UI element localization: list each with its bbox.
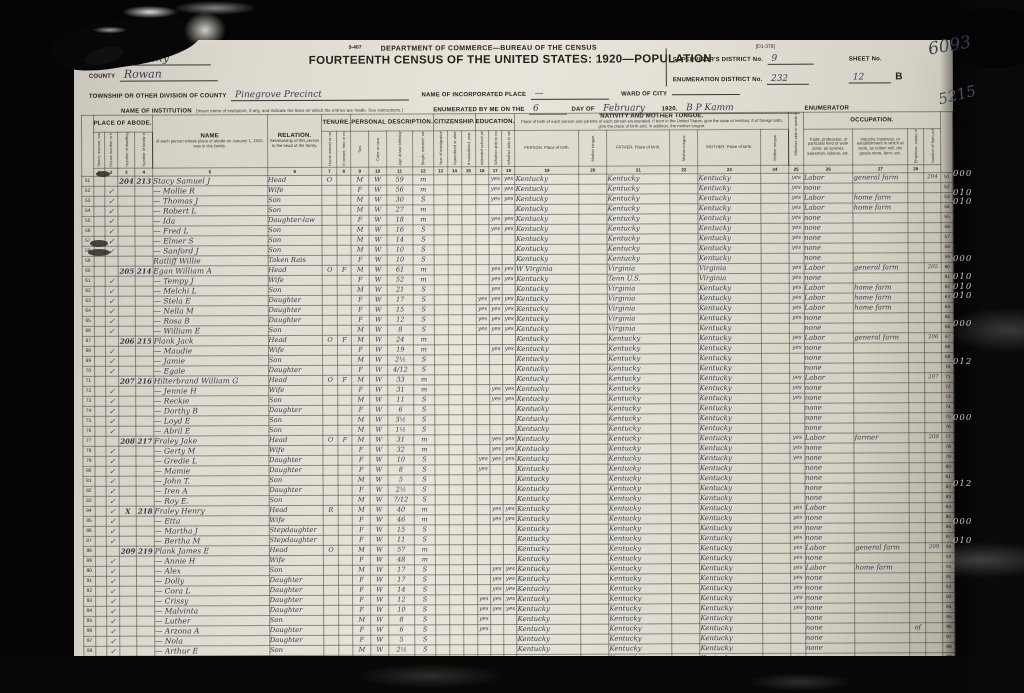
cell-mb: Kentucky [699, 443, 762, 453]
cell-c1 [94, 416, 105, 426]
cell-mt1 [580, 514, 608, 524]
cell-mb: Virginia [698, 273, 761, 283]
cell-fam [137, 576, 154, 586]
cell-c1 [95, 616, 106, 626]
cell-occ: none [805, 623, 855, 633]
cell-age: 61 [387, 265, 413, 275]
cell-eng [790, 463, 804, 473]
cell-c1 [94, 316, 105, 326]
cell-mt1 [581, 634, 609, 644]
cell-sch [477, 564, 490, 574]
cell-mr: S [413, 364, 434, 374]
cell-farm [924, 252, 941, 262]
cell-rel: Son [268, 225, 323, 235]
cell-mr: m [414, 434, 435, 444]
cell-x1 [434, 224, 448, 234]
cell-eng: yes [791, 543, 805, 553]
cell-farm [924, 222, 941, 232]
cell-fam [136, 476, 153, 486]
cell-mt1 [580, 374, 608, 384]
cell-pb: Kentucky [516, 254, 580, 264]
cell-cl: W [369, 205, 387, 215]
cell-sch [477, 574, 490, 584]
cell-name: — Tempy J [153, 275, 268, 286]
cell-age: 31 [388, 385, 414, 395]
cell-occ: none [805, 473, 855, 483]
cell-fb: Kentucky [608, 413, 671, 423]
cell-o [324, 525, 338, 535]
cell-wr [503, 494, 516, 504]
cell-eng: yes [790, 393, 804, 403]
line-number: 98 [84, 646, 96, 656]
cell-x1 [435, 414, 449, 424]
cell-x3 [463, 534, 477, 544]
cell-sch [477, 544, 490, 554]
cell-sx: M [351, 205, 369, 215]
cell-o [324, 645, 338, 655]
cell-mt3 [762, 373, 790, 383]
cell-fam [137, 536, 154, 546]
cell-x2 [450, 624, 464, 634]
cell-sx: M [352, 475, 370, 485]
cell-mt2 [670, 203, 698, 213]
cell-name: — Abril E [154, 425, 269, 436]
cell-f [337, 305, 351, 315]
cell-ind [855, 502, 910, 512]
cell-occ: none [804, 383, 854, 393]
cell-rel: Son [269, 645, 324, 655]
cell-f [337, 225, 351, 235]
cell-fam [135, 236, 152, 246]
cell-f [338, 525, 352, 535]
cell-sx: M [351, 235, 369, 245]
cell-mr: S [413, 304, 434, 314]
cell-pb: Kentucky [517, 564, 581, 574]
cell-fam [136, 356, 153, 366]
cell-c1 [94, 276, 105, 286]
cell-x2 [449, 514, 463, 524]
cell-dw [119, 526, 136, 536]
cell-x2 [449, 454, 463, 464]
cell-o [322, 215, 336, 225]
cell-age: 31 [388, 435, 414, 445]
cell-age: 17 [387, 295, 413, 305]
cell-fam [135, 186, 152, 196]
cell-name: — Arzona A [154, 625, 269, 636]
cell-occ: none [804, 403, 854, 413]
cell-x2 [448, 324, 462, 334]
cell-cl: W [370, 525, 388, 535]
cell-mb: Kentucky [699, 463, 762, 473]
cell-dw [119, 456, 136, 466]
cell-x2 [448, 294, 462, 304]
cell-o [322, 225, 336, 235]
cell-mb: Kentucky [699, 433, 762, 443]
cell-chk: ✓ [106, 486, 119, 496]
cell-mt2 [672, 553, 700, 563]
cell-f [337, 345, 351, 355]
cell-emp [910, 642, 926, 652]
cell-sch: yes [476, 294, 489, 304]
cell-x2 [448, 244, 462, 254]
cell-emp [909, 402, 925, 412]
cell-wr [502, 254, 515, 264]
cell-fam [137, 616, 154, 626]
cell-rd: yes [490, 384, 503, 394]
cell-mt2 [670, 283, 698, 293]
cell-fb: Kentucky [609, 543, 672, 553]
cell-cl: W [369, 195, 387, 205]
col-number: 12 [413, 167, 434, 175]
cell-mt2 [670, 243, 698, 253]
cell-sch [476, 344, 489, 354]
cell-sch [477, 494, 490, 504]
subheader-mr: Single, married, widowed, or divorced. [412, 131, 433, 167]
cell-mr: S [413, 254, 434, 264]
cell-c1 [94, 266, 105, 276]
cell-c1 [95, 636, 106, 646]
cell-sx: M [352, 505, 370, 515]
cell-emp [909, 522, 925, 532]
cell-mr: S [415, 634, 436, 644]
cell-o: O [323, 265, 337, 275]
cell-fb: Kentucky [609, 593, 672, 603]
cell-ind [855, 602, 910, 612]
line-number: 95 [84, 616, 96, 626]
cell-rel: Son [268, 425, 323, 435]
cell-occ: Labor [804, 283, 854, 293]
cell-emp [909, 482, 925, 492]
cell-chk: ✓ [106, 456, 119, 466]
cell-rd: yes [489, 284, 502, 294]
cell-rel: Daughter [269, 575, 324, 585]
cell-x3 [461, 174, 475, 184]
cell-f [337, 325, 351, 335]
cell-x1 [434, 324, 448, 334]
cell-x1 [435, 474, 449, 484]
cell-mb: Kentucky [700, 573, 763, 583]
cell-mt2 [671, 373, 699, 383]
cell-fam [136, 296, 153, 306]
cell-c1 [94, 356, 105, 366]
cell-x1 [434, 284, 448, 294]
cell-sx: F [352, 465, 370, 475]
cell-sch [476, 334, 489, 344]
cell-mt2 [672, 643, 700, 653]
cell-rel: Daughter [268, 365, 323, 375]
cell-f [338, 565, 352, 575]
cell-x1 [434, 214, 448, 224]
cell-eng: yes [790, 333, 804, 343]
cell-fb: Kentucky [608, 393, 671, 403]
cell-ind: home farm [854, 292, 909, 302]
cell-pb: Kentucky [517, 644, 581, 654]
cell-mt3 [762, 533, 790, 543]
cell-wr [503, 414, 516, 424]
cell-mt2 [671, 453, 699, 463]
cell-pb: Kentucky [517, 604, 581, 614]
cell-fb: Kentucky [607, 223, 670, 233]
cell-x3 [461, 184, 475, 194]
cell-mt2 [671, 333, 699, 343]
cell-f [337, 365, 351, 375]
cell-eng: yes [790, 313, 804, 323]
cell-sch [477, 584, 490, 594]
cell-name: — Nola [154, 635, 269, 646]
cell-occ: Labor [803, 173, 853, 183]
cell-dw [118, 226, 135, 236]
cell-ind [855, 512, 910, 522]
cell-pb: Kentucky [517, 614, 581, 624]
cell-occ: none [804, 253, 854, 263]
cell-x3 [462, 204, 476, 214]
subheader-fb: FATHER. Place of birth. [607, 129, 670, 165]
cell-sch: yes [477, 594, 490, 604]
cell-occ: Labor [804, 433, 854, 443]
cell-x2 [448, 354, 462, 364]
cell-mr: m [414, 444, 435, 454]
tenure-group-header: TENURE. [322, 114, 351, 131]
cell-o [323, 315, 337, 325]
cell-emp [908, 362, 924, 372]
cell-ind [853, 182, 908, 192]
cell-wr: yes [503, 384, 516, 394]
ink-smudge-3 [96, 171, 110, 177]
cell-mt1 [580, 494, 608, 504]
cell-mb: Kentucky [699, 293, 762, 303]
cell-sx: F [352, 515, 370, 525]
cell-dw [119, 536, 136, 546]
cell-cl: W [369, 295, 387, 305]
cell-mt1 [579, 204, 607, 214]
cell-occ: none [805, 463, 855, 473]
line-number: 76 [83, 426, 95, 436]
cell-mt2 [671, 393, 699, 403]
col-number: 8 [337, 167, 351, 175]
cell-sx: M [352, 425, 370, 435]
cell-name: — Iren A [154, 485, 269, 496]
cell-sx: M [353, 565, 371, 575]
cell-sch [476, 394, 489, 404]
cell-sx: F [351, 185, 369, 195]
cell-mt3 [762, 393, 790, 403]
cell-age: 11 [388, 395, 414, 405]
cell-x3 [462, 294, 476, 304]
cell-sch: yes [476, 324, 489, 334]
cell-age: 30 [387, 195, 413, 205]
cell-x1 [435, 514, 449, 524]
cell-farm: 204 [924, 172, 941, 182]
cell-x2 [449, 584, 463, 594]
cell-fb: Kentucky [608, 453, 671, 463]
cell-sx: M [352, 495, 370, 505]
sheet-label: SHEET No. [849, 56, 882, 62]
cell-rd [491, 634, 504, 644]
cell-cl: W [370, 455, 388, 465]
cell-farm [924, 202, 941, 212]
cell-pb: W Virginia [516, 264, 580, 274]
cell-cl: W [371, 605, 389, 615]
cell-mt2 [672, 583, 700, 593]
cell-fam [136, 396, 153, 406]
cell-emp [909, 572, 925, 582]
cell-chk: ✓ [106, 416, 119, 426]
cell-fam [137, 646, 154, 656]
cell-x1 [434, 174, 448, 184]
cell-rd: yes [489, 224, 502, 234]
cell-fb: Kentucky [607, 173, 670, 183]
cell-chk: ✓ [105, 186, 118, 196]
cell-chk [106, 546, 119, 556]
cell-sx: M [352, 395, 370, 405]
cell-wr [504, 614, 517, 624]
cell-cl: W [369, 265, 387, 275]
cell-x1 [435, 444, 449, 454]
cell-sch [476, 374, 489, 384]
cell-cl: W [369, 305, 387, 315]
cell-sch [477, 474, 490, 484]
cell-cl: W [370, 375, 388, 385]
cell-fb: Kentucky [607, 233, 670, 243]
cell-f [338, 595, 352, 605]
cell-f [337, 185, 351, 195]
cell-fam [137, 556, 154, 566]
cell-occ: Labor [803, 203, 853, 213]
cell-x1 [435, 564, 449, 574]
cell-rel: Son [268, 415, 323, 425]
cell-ind: home farm [853, 192, 908, 202]
cell-wr: yes [503, 444, 516, 454]
cell-rel: Wife [268, 275, 323, 285]
cell-name: — Loyd E [153, 415, 268, 426]
cell-occ: Labor [805, 563, 855, 573]
cell-rd: yes [489, 184, 502, 194]
cell-sx: F [351, 255, 369, 265]
line-number: 63 [82, 296, 94, 306]
speak-english-col-header: Whether able to speak English. [789, 112, 804, 165]
cell-cl: W [369, 285, 387, 295]
cell-c1 [95, 566, 106, 576]
cell-mr: S [413, 244, 434, 254]
cell-chk: ✓ [105, 196, 118, 206]
cell-emp [908, 272, 924, 282]
subheader-occ: Trade, profession, or particular kind of… [803, 129, 853, 165]
cell-sch [476, 224, 489, 234]
cell-c1 [94, 326, 105, 336]
cell-pb: Kentucky [516, 244, 580, 254]
cell-chk: ✓ [106, 616, 119, 626]
cell-fam [136, 276, 153, 286]
cell-c1 [95, 476, 106, 486]
cell-fam [135, 206, 152, 216]
subheader-cl: Color or race. [369, 131, 387, 167]
cell-mt1 [579, 244, 607, 254]
cell-rd [490, 544, 503, 554]
cell-chk: ✓ [105, 406, 118, 416]
cell-age: 10 [387, 245, 413, 255]
cell-x3 [463, 594, 477, 604]
cell-mt2 [671, 543, 699, 553]
cell-mt3 [762, 473, 790, 483]
cell-dw [120, 596, 137, 606]
cell-emp [908, 232, 924, 242]
col-number: 18 [502, 166, 515, 174]
cell-age: 12 [388, 595, 414, 605]
cell-age: 52 [387, 275, 413, 285]
institution-note: [Insert name of institution, if any, and… [196, 107, 403, 113]
cell-x2 [448, 284, 462, 294]
cell-o: O [323, 335, 337, 345]
cell-c1 [93, 176, 104, 186]
cell-rel: Son [269, 475, 324, 485]
cell-pb: Kentucky [516, 364, 580, 374]
cell-ind: home farm [855, 562, 910, 572]
cell-mb: Kentucky [699, 383, 762, 393]
cell-sx: F [353, 555, 371, 565]
cell-ind [854, 452, 909, 462]
cell-sx: F [352, 345, 370, 355]
cell-mt1 [581, 614, 609, 624]
cell-cl: W [370, 395, 388, 405]
cell-wr: yes [502, 174, 515, 184]
cell-mb: Kentucky [700, 523, 763, 533]
cell-sch: yes [477, 614, 490, 624]
cell-fam [135, 196, 152, 206]
cell-x3 [463, 514, 477, 524]
cell-x3 [463, 634, 477, 644]
cell-mt1 [580, 464, 608, 474]
cell-ind [854, 482, 909, 492]
cell-age: 17 [388, 565, 414, 575]
cell-eng: yes [790, 443, 804, 453]
cell-c1 [94, 386, 105, 396]
cell-mr: S [414, 604, 435, 614]
cell-c1 [94, 396, 105, 406]
cell-x1 [435, 584, 449, 594]
cell-cl: W [370, 495, 388, 505]
cell-occ: none [805, 513, 855, 523]
cell-mt1 [580, 394, 608, 404]
cell-dw [119, 386, 136, 396]
cell-mt1 [581, 624, 609, 634]
subheader-dw: Number of dwelling house in order of vis… [118, 132, 135, 168]
cell-fb: Kentucky [607, 213, 670, 223]
cell-ind [855, 532, 910, 542]
cell-ind [853, 212, 908, 222]
cell-mb: Kentucky [699, 403, 762, 413]
cell-fam [136, 406, 153, 416]
cell-ind [854, 392, 909, 402]
cell-x1 [434, 314, 448, 324]
cell-x2 [448, 204, 462, 214]
cell-occ: Labor [804, 263, 854, 273]
cell-o: R [324, 505, 338, 515]
cell-sx: M [351, 245, 369, 255]
cell-cl: W [370, 405, 388, 415]
cell-sch [476, 234, 489, 244]
census-scan-page: { "form": { "form_code": "9-407", "dept_… [0, 0, 1024, 693]
cell-rd [490, 524, 503, 534]
cell-fam [135, 216, 152, 226]
cell-age: 56 [387, 185, 413, 195]
subheader-farm: Number of farm schedule. [924, 128, 941, 164]
cell-c1 [95, 586, 106, 596]
cell-x2 [449, 524, 463, 534]
cell-x1 [434, 234, 448, 244]
cell-sch [477, 524, 490, 534]
cell-mb: Kentucky [699, 373, 762, 383]
cell-rel: Son [268, 395, 323, 405]
